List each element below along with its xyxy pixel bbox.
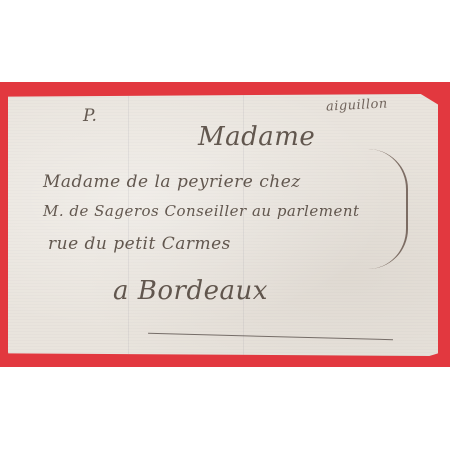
address-city: a Bordeaux	[113, 276, 268, 306]
antique-letter: aiguillon P. Madame Madame de la peyrier…	[8, 94, 438, 356]
corner-mark: aiguillon	[326, 96, 388, 114]
address-line-3: rue du petit Carmes	[48, 234, 231, 254]
ink-bracket	[368, 149, 408, 269]
top-left-mark: P.	[83, 106, 97, 126]
paper-fold	[128, 94, 129, 356]
salutation: Madame	[198, 122, 315, 152]
address-line-1: Madame de la peyriere chez	[43, 172, 301, 192]
ink-underline	[148, 333, 393, 342]
address-line-2: M. de Sageros Conseiller au parlement	[43, 202, 360, 220]
